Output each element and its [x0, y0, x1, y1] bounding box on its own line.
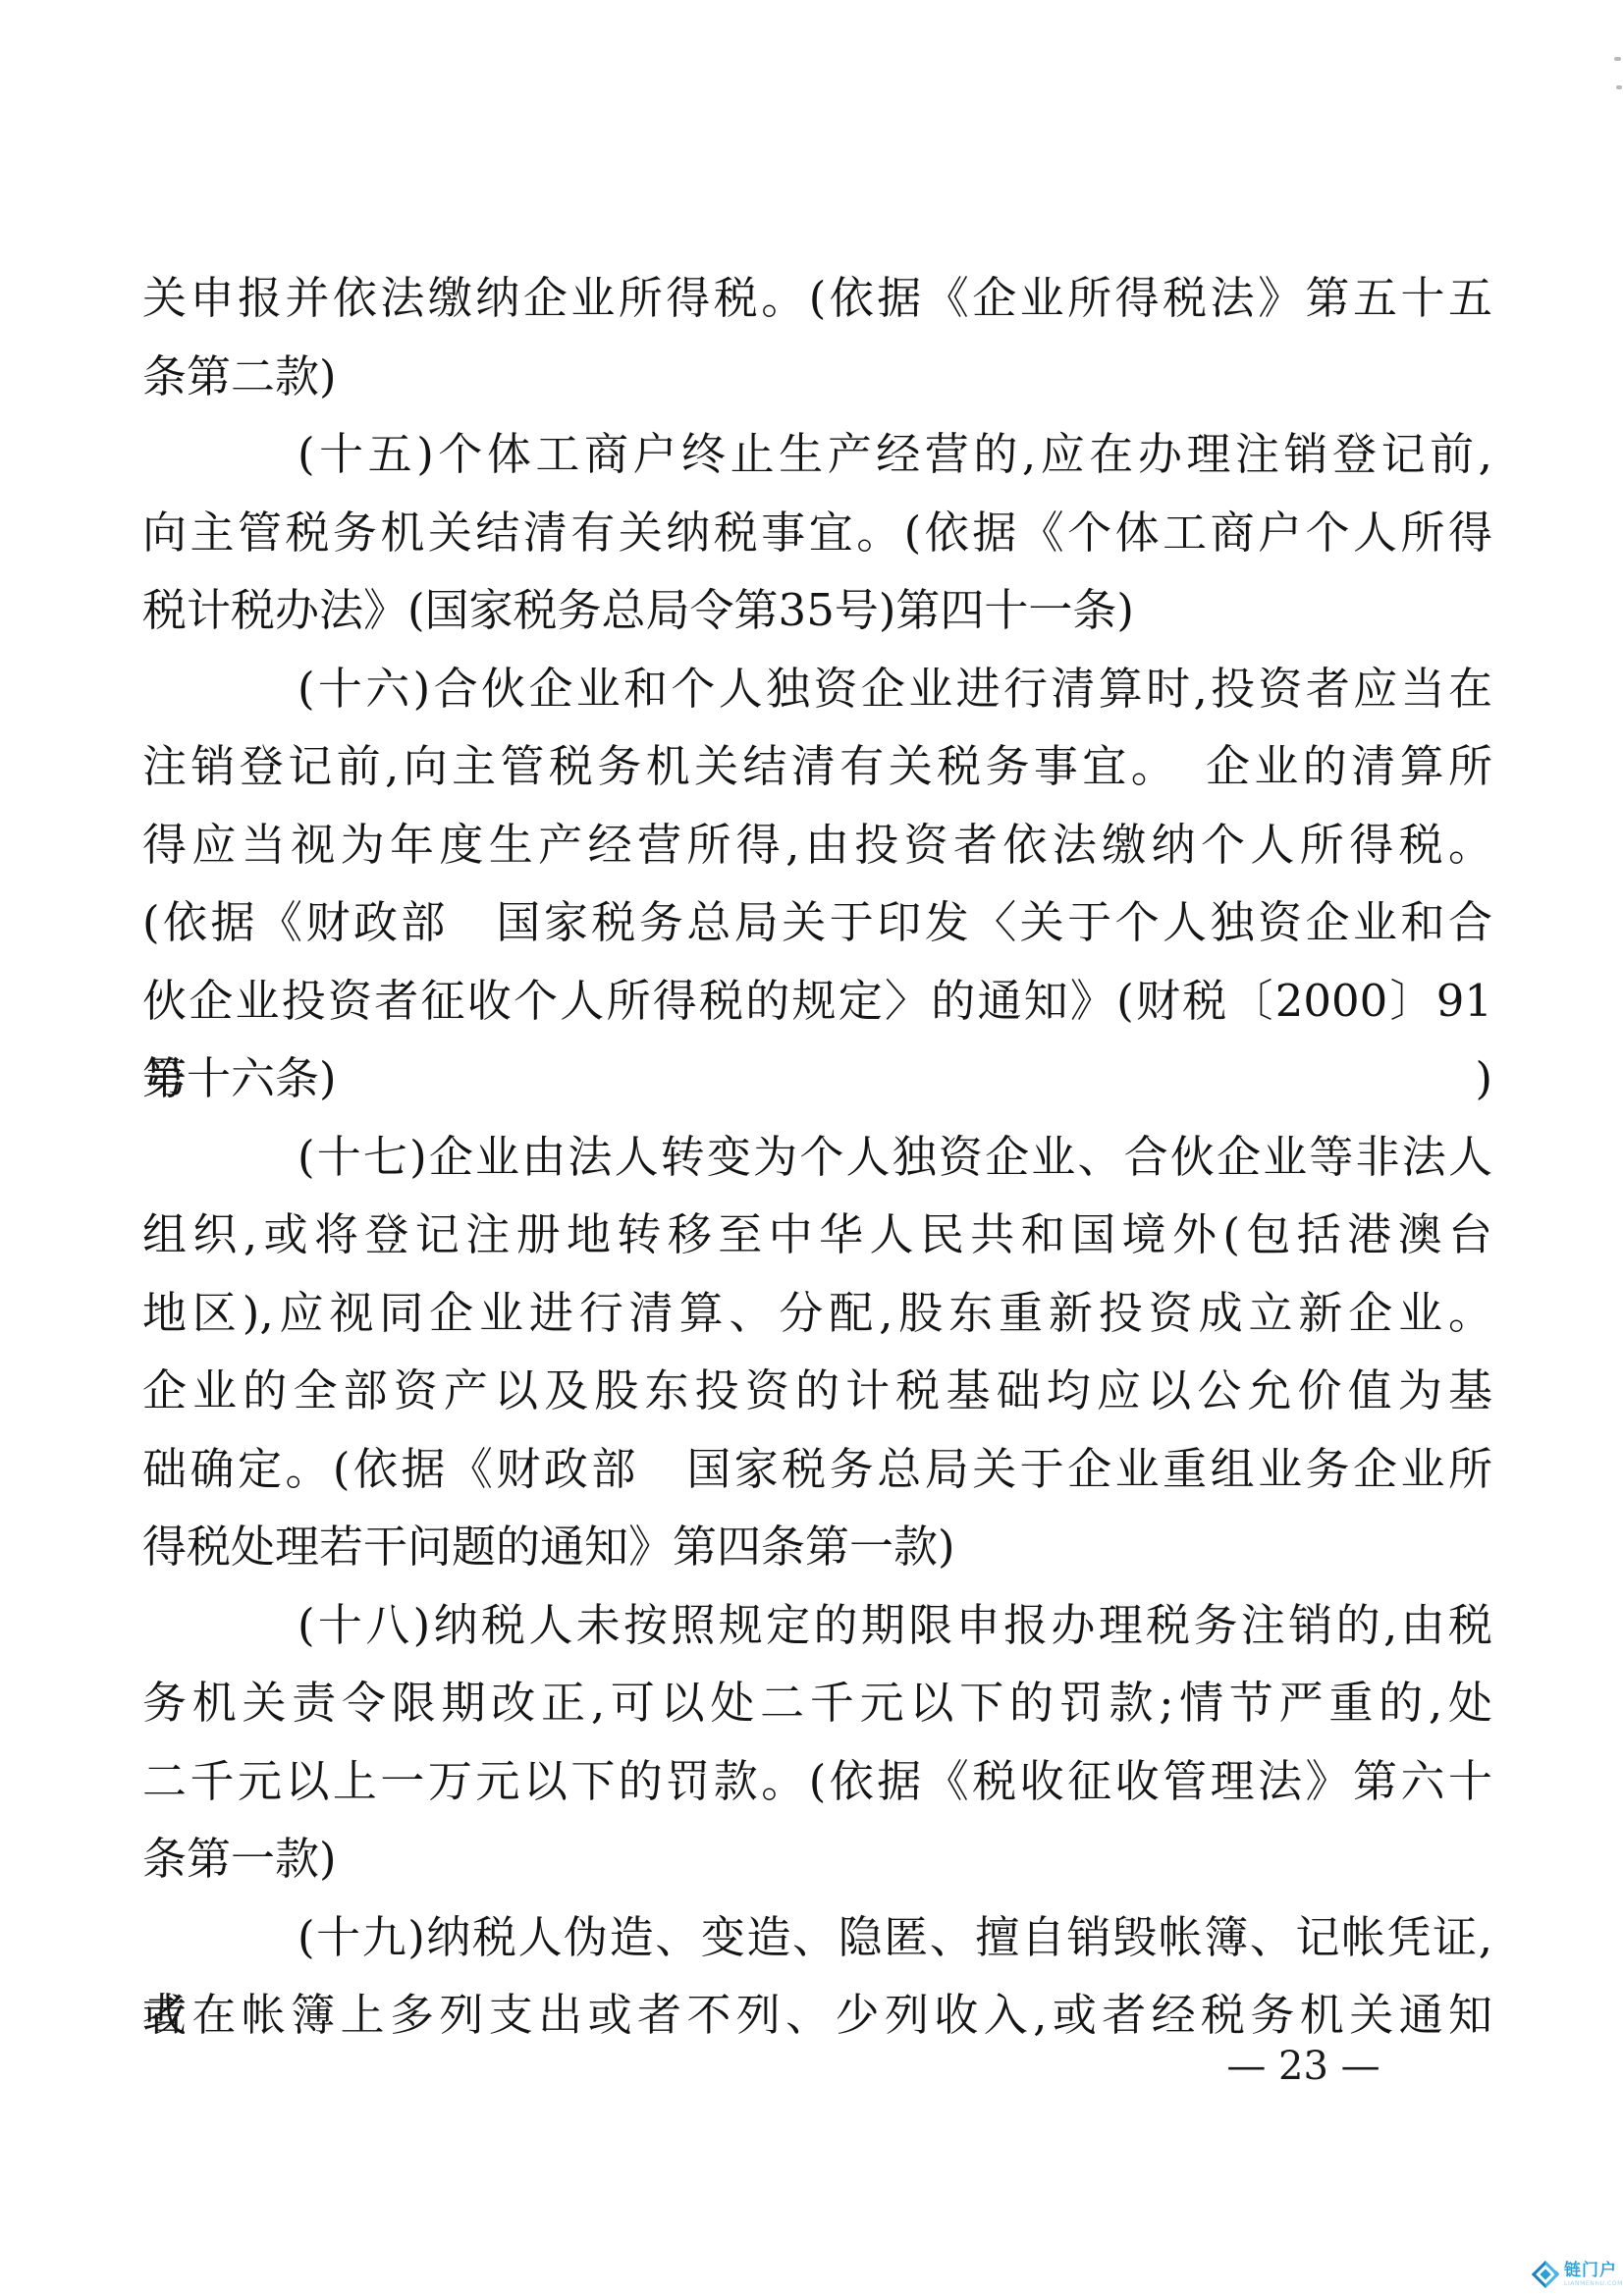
document-line: (十八)纳税人未按照规定的期限申报办理税务注销的,由税 [142, 1586, 1492, 1665]
page-number: — 23 — [1222, 2044, 1384, 2089]
document-line: 得税处理若干问题的通知》第四条第一款) [142, 1508, 1492, 1586]
document-line: 向主管税务机关结清有关纳税事宜。(依据《个体工商户个人所得 [142, 494, 1492, 572]
document-line: (十七)企业由法人转变为个人独资企业、合伙企业等非法人 [142, 1118, 1492, 1197]
document-line: 务机关责令限期改正,可以处二千元以下的罚款;情节严重的,处 [142, 1664, 1492, 1742]
document-line: (十五)个体工商户终止生产经营的,应在办理注销登记前, [142, 415, 1492, 494]
document-line: 关申报并依法缴纳企业所得税。(依据《企业所得税法》第五十五 [142, 259, 1492, 338]
document-line: 二千元以上一万元以下的罚款。(依据《税收征收管理法》第六十 [142, 1742, 1492, 1821]
document-line: 注销登记前,向主管税务机关结清有关税务事宜。 企业的清算所 [142, 727, 1492, 806]
watermark-site-text: LIANMENHU.COM [1564, 2281, 1623, 2287]
document-line: 组织,或将登记注册地转移至中华人民共和国境外(包括港澳台 [142, 1196, 1492, 1274]
document-page: 关申报并依法缴纳企业所得税。(依据《企业所得税法》第五十五 条第二款) (十五)… [0, 0, 1623, 2296]
document-line: 础确定。(依据《财政部 国家税务总局关于企业重组业务企业所 [142, 1430, 1492, 1509]
document-line: 伙企业投资者征收个人所得税的规定〉的通知》(财税〔2000〕91号) [142, 962, 1492, 1041]
document-line: (十九)纳税人伪造、变造、隐匿、擅自销毁帐簿、记帐凭证,或 [142, 1898, 1492, 1977]
document-line: 税计税办法》(国家税务总局令第35号)第四十一条) [142, 571, 1492, 650]
document-line: 条第一款) [142, 1820, 1492, 1898]
scan-artifact [1616, 85, 1622, 89]
document-line: 得应当视为年度生产经营所得,由投资者依法缴纳个人所得税。 [142, 806, 1492, 884]
document-line: 者在帐簿上多列支出或者不列、少列收入,或者经税务机关通知 [142, 1976, 1492, 2055]
document-line: 企业的全部资产以及股东投资的计税基础均应以公允价值为基 [142, 1352, 1492, 1430]
scan-artifact [1614, 57, 1621, 61]
document-body: 关申报并依法缴纳企业所得税。(依据《企业所得税法》第五十五 条第二款) (十五)… [142, 259, 1492, 2055]
document-line: (十六)合伙企业和个人独资企业进行清算时,投资者应当在 [142, 650, 1492, 728]
watermark-brand-text: 链门户 [1564, 2263, 1623, 2279]
document-line: 地区),应视同企业进行清算、分配,股东重新投资成立新企业。 [142, 1274, 1492, 1353]
site-watermark: 链门户 LIANMENHU.COM [1531, 2260, 1623, 2289]
diamond-logo-icon [1531, 2260, 1560, 2289]
document-line: (依据《财政部 国家税务总局关于印发〈关于个人独资企业和合 [142, 883, 1492, 962]
document-line: 条第二款) [142, 338, 1492, 416]
